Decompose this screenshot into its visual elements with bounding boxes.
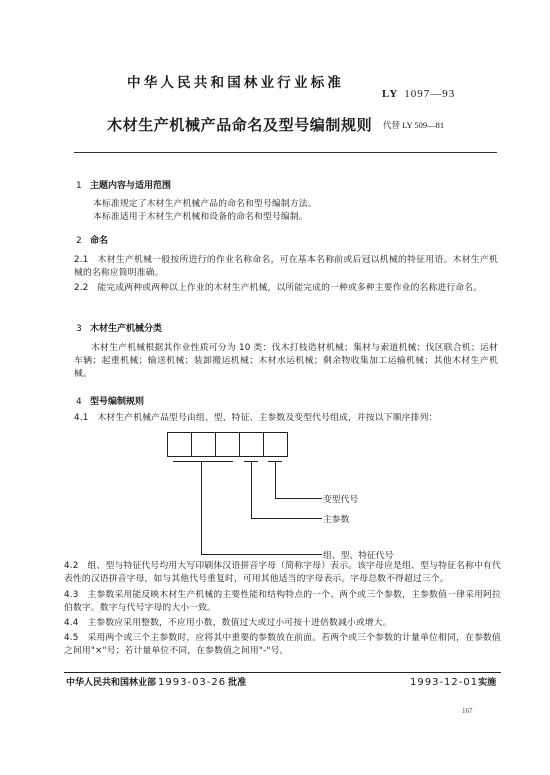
section-heading-1: 1主题内容与适用范围: [76, 178, 171, 191]
page-number: 167: [462, 707, 473, 715]
code-box-feature: [215, 432, 240, 457]
approval-line: 中华人民共和国林业部1993-03-26批准: [66, 675, 246, 688]
header-divider: [74, 152, 497, 153]
section-1-paragraph-2: 本标准适用于木材生产机械和设备的命名和型号编制。: [93, 211, 517, 224]
label-variant-code: 变型代号: [323, 492, 358, 505]
leader-main-param-vertical: [251, 461, 252, 519]
code-box-variant: [263, 432, 288, 457]
code-box-group: [167, 432, 192, 457]
model-code-boxes: [168, 432, 288, 457]
effective-date: 1993-12-01: [410, 677, 478, 688]
section-1-paragraph-1: 本标准规定了木材生产机械产品的命名和型号编制方法。: [93, 198, 517, 211]
code-box-type: [191, 432, 216, 457]
leader-group-vertical: [201, 461, 202, 555]
leader-variant-horizontal: [275, 498, 322, 499]
standard-number: 1097—93: [404, 88, 455, 100]
clause-4-4: 4.4主参数应采用整数，不应用小数，数值过大或过小可按十进倍数减小或增大。: [64, 617, 501, 630]
approver: 中华人民共和国林业部: [66, 678, 156, 688]
clause-2-2: 2.2能完成两种或两种以上作业的木材生产机械，以所能完成的一种或多种主要作业的名…: [74, 282, 498, 295]
standard-category: 中华人民共和国林业行业标准: [127, 71, 344, 91]
standard-prefix: LY: [382, 88, 398, 100]
effective-line: 1993-12-01实施: [410, 675, 496, 688]
clause-4-1: 4.1木材生产机械产品型号由组、型、特征、主参数及变型代号组成，并按以下顺序排列…: [74, 412, 498, 425]
standard-code: LY1097—93: [382, 88, 455, 100]
leader-variant-vertical: [275, 461, 276, 499]
clause-4-2: 4.2组、型与特征代号均用大写印刷体汉语拼音字母（简称字母）表示。该字母应是组、…: [64, 560, 501, 586]
leader-group-horizontal: [201, 554, 322, 555]
replaces-note: 代替 LY 509—81: [383, 119, 444, 131]
bracket-group-type-feature: [173, 461, 233, 462]
label-main-param: 主参数: [323, 512, 349, 525]
section-heading-4: 4型号编制规则: [76, 394, 144, 407]
document-title: 木材生产机械产品命名及型号编制规则: [107, 114, 372, 135]
section-heading-2: 2命名: [76, 233, 108, 246]
clause-2-1: 2.1木材生产机械一般按所进行的作业名称命名，可在基本名称前或后冠以机械的特征用…: [74, 254, 498, 280]
leader-main-param-horizontal: [251, 518, 322, 519]
clause-4-3: 4.3主参数采用能反映木材生产机械的主要性能和结构特点的一个、两个或三个参数，主…: [64, 589, 501, 615]
footer-divider: [64, 672, 501, 673]
clause-4-5: 4.5采用两个或三个主参数时，应将其中重要的参数放在前面。若两个或三个参数的计量…: [64, 632, 501, 658]
section-heading-3: 3木材生产机械分类: [76, 321, 162, 334]
code-box-main-param: [239, 432, 264, 457]
approval-date: 1993-03-26: [158, 677, 226, 688]
section-3-paragraph: 木材生产机械根据其作业性质可分为 10 类：伐木打枝造材机械；集材与索道机械；伐…: [74, 342, 498, 382]
